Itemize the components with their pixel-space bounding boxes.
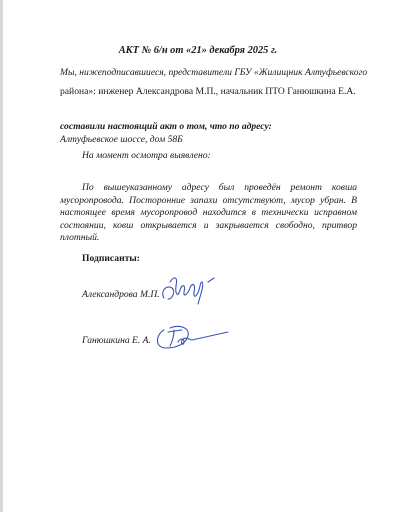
- intro-line-1: Мы, нижеподписавшиеся, представители ГБУ…: [60, 67, 367, 78]
- signature-icon: [152, 318, 232, 356]
- document-page: АКТ № 6/н от «21» декабря 2025 г. Мы, ни…: [0, 0, 396, 512]
- document-title: АКТ № 6/н от «21» декабря 2025 г.: [0, 45, 396, 56]
- intro-line-2: района»: инженер Александрова М.П., нача…: [60, 86, 356, 97]
- signers-title: Подписанты:: [82, 253, 140, 264]
- signature-icon: [158, 272, 228, 308]
- composed-line: составили настоящий акт о том, что по ад…: [60, 121, 272, 132]
- body-paragraph: По вышеуказанному адресу был проведён ре…: [60, 182, 357, 245]
- address: Алтуфьевское шоссе, дом 58Б: [60, 134, 183, 145]
- signer-name: Александрова М.П.: [82, 289, 160, 300]
- found-label: На момент осмотра выявлено:: [82, 150, 211, 161]
- signer-name: Ганюшкина Е. А.: [82, 335, 151, 346]
